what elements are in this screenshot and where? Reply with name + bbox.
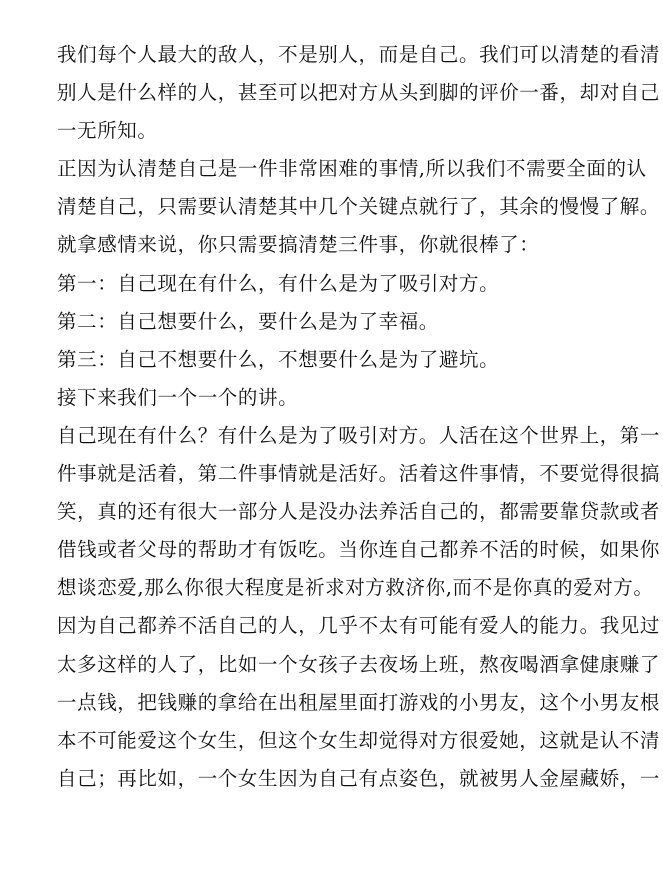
- text-line: 本不可能爱这个女生，但这个女生却觉得对方很爱她，这就是认不清: [57, 722, 617, 760]
- text-line: 想谈恋爱,那么你很大程度是祈求对方救济你,而不是你真的爱对方。: [57, 569, 617, 607]
- text-line: 自己现在有什么？有什么是为了吸引对方。人活在这个世界上，第一: [57, 417, 617, 455]
- text-line: 正因为认清楚自己是一件非常困难的事情,所以我们不需要全面的认: [57, 150, 617, 188]
- text-line: 件事就是活着，第二件事情就是活好。活着这件事情，不要觉得很搞: [57, 455, 617, 493]
- document-body: 我们每个人最大的敌人，不是别人，而是自己。我们可以清楚的看清 别人是什么样的人，…: [57, 36, 617, 798]
- text-line: 太多这样的人了，比如一个女孩子去夜场上班，熬夜喝酒拿健康赚了: [57, 646, 617, 684]
- text-line: 我们每个人最大的敌人，不是别人，而是自己。我们可以清楚的看清: [57, 36, 617, 74]
- text-line: 接下来我们一个一个的讲。: [57, 379, 617, 417]
- text-line: 借钱或者父母的帮助才有饭吃。当你连自己都养不活的时候，如果你: [57, 531, 617, 569]
- text-line: 自己；再比如，一个女生因为自己有点姿色，就被男人金屋藏娇，一: [57, 760, 617, 798]
- text-line: 清楚自己，只需要认清楚其中几个关键点就行了，其余的慢慢了解。: [57, 188, 617, 226]
- list-item-first: 第一：自己现在有什么，有什么是为了吸引对方。: [57, 265, 617, 303]
- list-item-second: 第二：自己想要什么，要什么是为了幸福。: [57, 303, 617, 341]
- text-line: 就拿感情来说，你只需要搞清楚三件事，你就很棒了：: [57, 226, 617, 264]
- text-line: 一点钱，把钱赚的拿给在出租屋里面打游戏的小男友，这个小男友根: [57, 684, 617, 722]
- text-line: 别人是什么样的人，甚至可以把对方从头到脚的评价一番，却对自己: [57, 74, 617, 112]
- text-line: 一无所知。: [57, 112, 617, 150]
- text-line: 笑，真的还有很大一部分人是没办法养活自己的，都需要靠贷款或者: [57, 493, 617, 531]
- list-item-third: 第三：自己不想要什么，不想要什么是为了避坑。: [57, 341, 617, 379]
- text-line: 因为自己都养不活自己的人，几乎不太有可能有爱人的能力。我见过: [57, 607, 617, 645]
